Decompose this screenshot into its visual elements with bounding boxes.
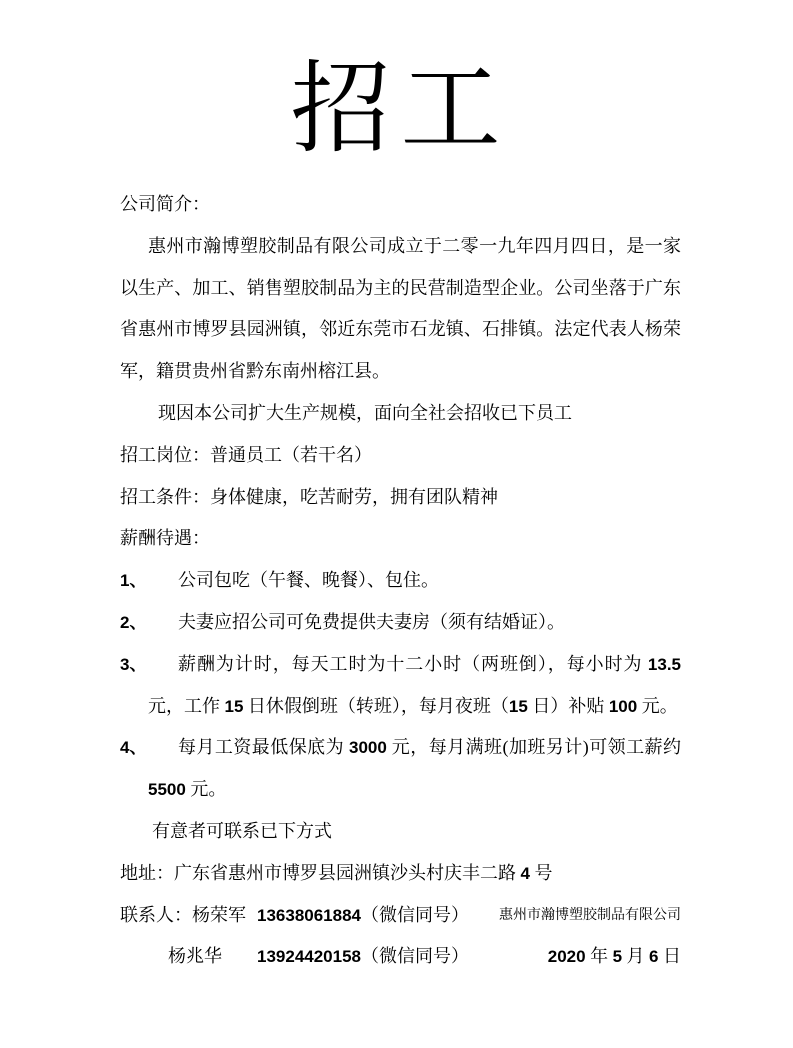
contact-name-2: 杨兆华 [168, 936, 257, 978]
bold-number: 2020 [548, 947, 586, 966]
benefit-marker: 1、 [120, 560, 146, 602]
expansion-line: 现因本公司扩大生产规模，面向全社会招收已下员工 [120, 393, 681, 435]
text-segment: 元，每月满班(加班另计)可领工薪约 [387, 737, 681, 757]
text-segment: 元。 [637, 696, 678, 716]
benefit-text: 公司包吃（午餐、晚餐）、包住。 [148, 560, 681, 602]
salary-heading: 薪酬待遇： [120, 518, 681, 560]
text-segment: 公司包吃（午餐、晚餐）、包住。 [178, 570, 439, 590]
benefit-marker: 3、 [120, 644, 146, 686]
contact-note-2: （微信同号） [361, 946, 469, 966]
text-segment: 元。 [186, 779, 227, 799]
contact-label: 联系人： [120, 905, 192, 925]
company-intro-heading: 公司简介： [120, 184, 681, 226]
text-segment: 日）补贴 [528, 696, 609, 716]
contact-phone-1: 13638061884 [257, 906, 361, 925]
benefit-item: 3、薪酬为计时，每天工时为十二小时（两班倒），每小时为 13.5 元，工作 15… [120, 644, 681, 728]
text-segment: 夫妻应招公司可免费提供夫妻房（须有结婚证）。 [178, 612, 565, 632]
text-segment: 每月工资最低保底为 [178, 737, 349, 757]
contact-row-1: 联系人：杨荣军13638061884（微信同号） 惠州市瀚博塑胶制品有限公司 [120, 895, 681, 937]
contact-note-1: （微信同号） [361, 905, 469, 925]
company-signature: 惠州市瀚博塑胶制品有限公司 [499, 895, 681, 937]
bold-number: 13.5 [648, 655, 681, 674]
text-segment: 月 [622, 946, 649, 966]
benefit-text: 夫妻应招公司可免费提供夫妻房（须有结婚证）。 [148, 602, 681, 644]
contact-phone-2: 13924420158 [257, 947, 361, 966]
text-segment: 薪酬为计时，每天工时为十二小时（两班倒），每小时为 [178, 654, 648, 674]
benefit-marker: 2、 [120, 602, 146, 644]
contact-label-and-name: 联系人：杨荣军 [120, 895, 257, 937]
text-segment: 日 [659, 946, 682, 966]
bold-number: 15 [509, 697, 528, 716]
benefit-marker: 4、 [120, 727, 146, 769]
page-title: 招工 [120, 36, 681, 184]
address-line: 地址：广东省惠州市博罗县园洲镇沙头村庆丰二路 4 号 [120, 853, 681, 895]
contact-row-2: 杨兆华13924420158（微信同号） 2020 年 5 月 6 日 [120, 936, 681, 978]
position-line: 招工岗位：普通员工（若干名） [120, 435, 681, 477]
requirement-line: 招工条件：身体健康，吃苦耐劳，拥有团队精神 [120, 477, 681, 519]
benefit-item: 4、每月工资最低保底为 3000 元，每月满班(加班另计)可领工薪约 5500 … [120, 727, 681, 811]
benefit-item: 2、夫妻应招公司可免费提供夫妻房（须有结婚证）。 [120, 602, 681, 644]
bold-number: 4 [521, 864, 530, 883]
text-segment: 地址：广东省惠州市博罗县园洲镇沙头村庆丰二路 [120, 863, 521, 883]
benefits-list: 1、公司包吃（午餐、晚餐）、包住。2、夫妻应招公司可免费提供夫妻房（须有结婚证）… [120, 560, 681, 811]
contact-name-1: 杨荣军 [192, 905, 246, 925]
bold-number: 100 [609, 697, 637, 716]
bold-number: 5 [613, 947, 622, 966]
date-signature: 2020 年 5 月 6 日 [548, 936, 681, 978]
bold-number: 5500 [148, 780, 186, 799]
text-segment: 日休假倒班（转班），每月夜班（ [243, 696, 509, 716]
text-segment: 号 [530, 863, 553, 883]
benefit-item: 1、公司包吃（午餐、晚餐）、包住。 [120, 560, 681, 602]
text-segment: 年 [586, 946, 613, 966]
benefit-text: 薪酬为计时，每天工时为十二小时（两班倒），每小时为 13.5 元，工作 15 日… [148, 644, 681, 728]
company-intro-paragraph: 惠州市瀚博塑胶制品有限公司成立于二零一九年四月四日，是一家以生产、加工、销售塑胶… [120, 226, 681, 393]
text-segment: 元，工作 [148, 696, 225, 716]
contact-intro-line: 有意者可联系已下方式 [120, 811, 681, 853]
benefit-text: 每月工资最低保底为 3000 元，每月满班(加班另计)可领工薪约 5500 元。 [148, 727, 681, 811]
bold-number: 15 [225, 697, 244, 716]
recruitment-notice-document: 招工 公司简介： 惠州市瀚博塑胶制品有限公司成立于二零一九年四月四日，是一家以生… [0, 0, 793, 1048]
bold-number: 6 [649, 947, 658, 966]
bold-number: 3000 [349, 738, 387, 757]
